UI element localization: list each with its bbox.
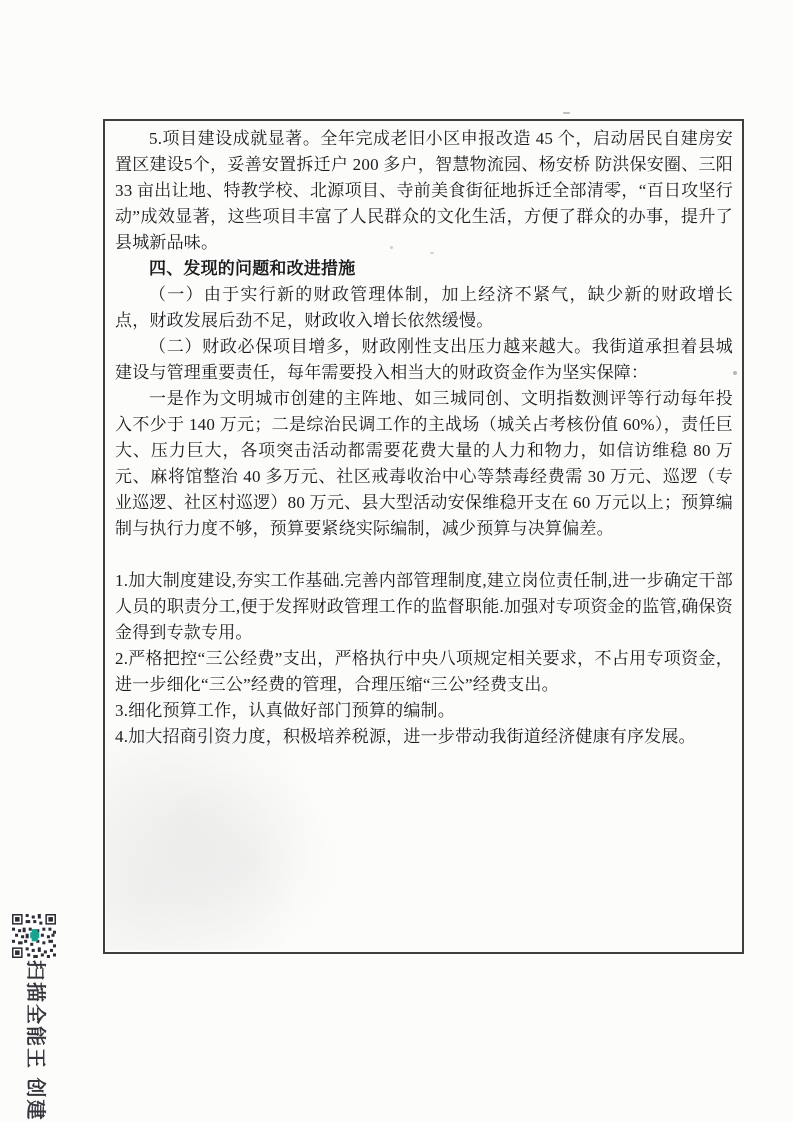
paragraph-funding-details: 一是作为文明城市创建的主阵地、如三城同创、文明指数测评等行动每年投入不少于 14… bbox=[115, 386, 733, 542]
measure-item-3: 3.细化预算工作，认真做好部门预算的编制。 bbox=[115, 698, 733, 724]
section-heading-problems-and-measures: 四、发现的问题和改进措施 bbox=[115, 256, 733, 282]
measure-item-4: 4.加大招商引资力度，积极培养税源，进一步带动我街道经济健康有序发展。 bbox=[115, 724, 733, 750]
scan-artifact bbox=[563, 112, 570, 114]
paragraph-problem-1: （一）由于实行新的财政管理体制，加上经济不紧气，缺少新的财政增长点，财政发展后劲… bbox=[115, 282, 733, 334]
scan-artifact bbox=[390, 246, 393, 249]
document-border-box: 5.项目建设成就显著。全年完成老旧小区申报改造 45 个，启动居民自建房安置区建… bbox=[103, 119, 744, 954]
paragraph-problem-2: （二）财政必保项目增多，财政刚性支出压力越来越大。我街道承担着县城建设与管理重要… bbox=[115, 334, 733, 386]
camscanner-qr-icon bbox=[12, 914, 56, 958]
measure-item-1: 1.加大制度建设,夯实工作基础.完善内部管理制度,建立岗位责任制,进一步确定干部… bbox=[115, 568, 733, 646]
paragraph-project-achievements: 5.项目建设成就显著。全年完成老旧小区申报改造 45 个，启动居民自建房安置区建… bbox=[115, 126, 733, 256]
camscanner-watermark-label: 扫描全能王 创建 bbox=[23, 960, 52, 1122]
scan-artifact bbox=[733, 371, 737, 375]
measure-item-2: 2.严格把控“三公经费”支出，严格执行中央八项规定相关要求，不占用专项资金，进一… bbox=[115, 646, 733, 698]
scan-artifact bbox=[430, 252, 434, 254]
